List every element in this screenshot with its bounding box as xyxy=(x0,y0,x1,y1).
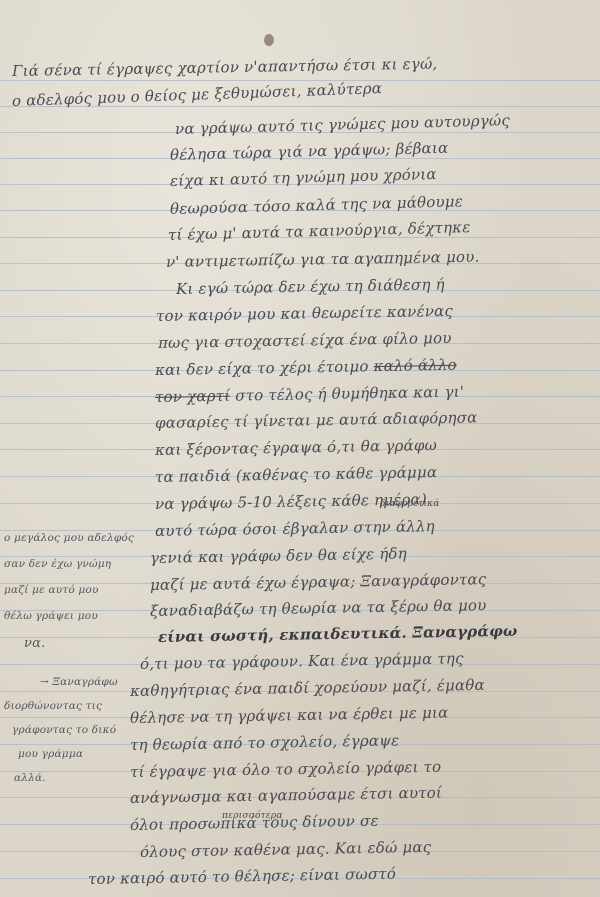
text-line: Κι εγώ τώρα δεν έχω τη διάθεση ή xyxy=(176,275,445,298)
text-line: θεωρούσα τόσο καλά της να μάθουμε xyxy=(170,192,463,218)
interlinear-insertion: διαφορετικά xyxy=(380,499,440,509)
struck-text: καλό άλλο xyxy=(373,356,457,375)
text-line: και δεν είχα το χέρι έτοιμο καλό άλλο xyxy=(155,356,457,379)
struck-text: τον χαρτί xyxy=(155,387,231,406)
text-line: τί έχω μ' αυτά τα καινούργια, δέχτηκε xyxy=(168,218,471,244)
margin-note: αλλά. xyxy=(14,772,46,784)
text-line: γενιά και γράφω δεν θα είχε ήδη xyxy=(150,545,407,567)
margin-note: → Ξαναγράφω xyxy=(40,676,118,688)
text-line: θέλησε να τη γράψει και να έρθει με μια xyxy=(130,703,449,727)
text-line-body: στο τέλος ή θυμήθηκα και γι' xyxy=(235,383,464,405)
text-line: Γιά σένα τί έγραψες χαρτίον ν'απαντήσω έ… xyxy=(12,55,438,80)
text-line: τον καιρό αυτό το θέλησε; είναι σωστό xyxy=(88,865,396,888)
text-line: ξαναδιαβάζω τη θεωρία να τα ξέρω θα μου xyxy=(150,596,487,620)
margin-note: σαν δεν έχω γνώμη xyxy=(4,558,111,570)
text-line: είχα κι αυτό τη γνώμη μου χρόνια xyxy=(170,165,437,190)
text-line: ό,τι μου τα γράφουν. Και ένα γράμμα της xyxy=(140,649,464,673)
text-line: όλοι προσωπικά τους δίνουν σε xyxy=(130,812,379,834)
text-line: τί έγραψε για όλο το σχολείο γράφει το xyxy=(130,758,442,781)
margin-note: μαζί με αυτό μου xyxy=(4,584,99,596)
text-line: καθηγήτριας ένα παιδί χορεύουν μαζί, έμα… xyxy=(130,676,485,700)
ruled-line xyxy=(0,80,600,81)
margin-note: θέλω γράψει μου xyxy=(4,610,98,622)
text-line: να γράψω αυτό τις γνώμες μου αυτουργώς xyxy=(175,111,510,138)
margin-note: να. xyxy=(24,636,45,651)
margin-note: μου γράμμα xyxy=(18,748,83,760)
paper-stain xyxy=(264,34,274,46)
text-line: φασαρίες τί γίνεται με αυτά αδιαφόρησα xyxy=(155,408,478,432)
text-line: μαζί με αυτά έχω έγραψα; Ξαναγράφοντας xyxy=(150,570,487,594)
text-line-body: και δεν είχα το χέρι έτοιμο xyxy=(155,357,369,379)
text-line: τον καιρόν μου και θεωρείτε κανένας xyxy=(156,302,453,325)
text-line: και ξέροντας έγραψα ό,τι θα γράφω xyxy=(155,436,437,459)
manuscript-page: Γιά σένα τί έγραψες χαρτίον ν'απαντήσω έ… xyxy=(0,0,600,897)
text-line: ανάγνωσμα και αγαπούσαμε έτσι αυτοί xyxy=(130,784,442,807)
text-line: θέλησα τώρα γιά να γράψω; βέβαια xyxy=(170,139,449,164)
text-line: είναι σωστή, εκπαιδευτικά. Ξαναγράφω xyxy=(158,622,518,646)
text-line: ν' αντιμετωπίζω για τα αγαπημένα μου. xyxy=(166,248,480,271)
text-line: τα παιδιά (καθένας το κάθε γράμμα xyxy=(155,463,438,486)
margin-note: γράφοντας το δικό xyxy=(12,724,116,736)
text-line: τον χαρτί στο τέλος ή θυμήθηκα και γι' xyxy=(155,383,464,406)
text-line: τη θεωρία από το σχολείο, έγραψε xyxy=(130,731,400,754)
text-line: αυτό τώρα όσοι έβγαλαν στην άλλη xyxy=(155,517,435,540)
margin-note: ο μεγάλος μου αδελφός xyxy=(4,532,134,544)
margin-note: διορθώνοντας τις xyxy=(4,700,102,712)
text-line: όλους στον καθένα μας. Και εδώ μας xyxy=(140,838,432,861)
text-line: πως για στοχαστεί είχα ένα φίλο μου xyxy=(158,329,452,352)
